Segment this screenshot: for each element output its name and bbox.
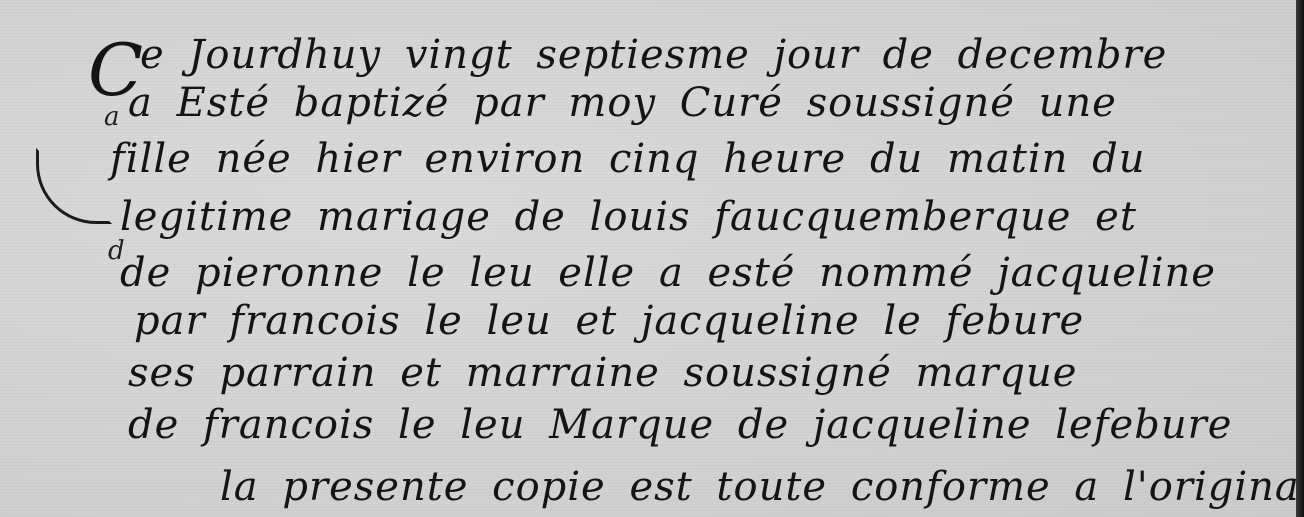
text-line-1: e Jourdhuy vingt septiesme jour de decem… [140, 32, 1167, 78]
flourish-decoration [36, 148, 112, 224]
document-page: C a d e Jourdhuy vingt septiesme jour de… [0, 0, 1296, 517]
page-edge [1296, 0, 1304, 517]
text-line-7: ses parrain et marraine soussigné marque [128, 350, 1077, 396]
margin-mark: a [104, 102, 120, 132]
text-line-5: de pieronne le leu elle a esté nommé jac… [120, 250, 1216, 296]
text-line-6: par francois le leu et jacqueline le feb… [134, 298, 1084, 344]
text-line-8: de francois le leu Marque de jacqueline … [128, 402, 1232, 448]
text-line-4: legitime mariage de louis faucquemberque… [120, 194, 1137, 240]
text-line-3: fille née hier environ cinq heure du mat… [110, 136, 1146, 182]
text-line-9: la presente copie est toute conforme a l… [220, 464, 1296, 510]
text-line-2: a Esté baptizé par moy Curé soussigné un… [128, 80, 1117, 126]
